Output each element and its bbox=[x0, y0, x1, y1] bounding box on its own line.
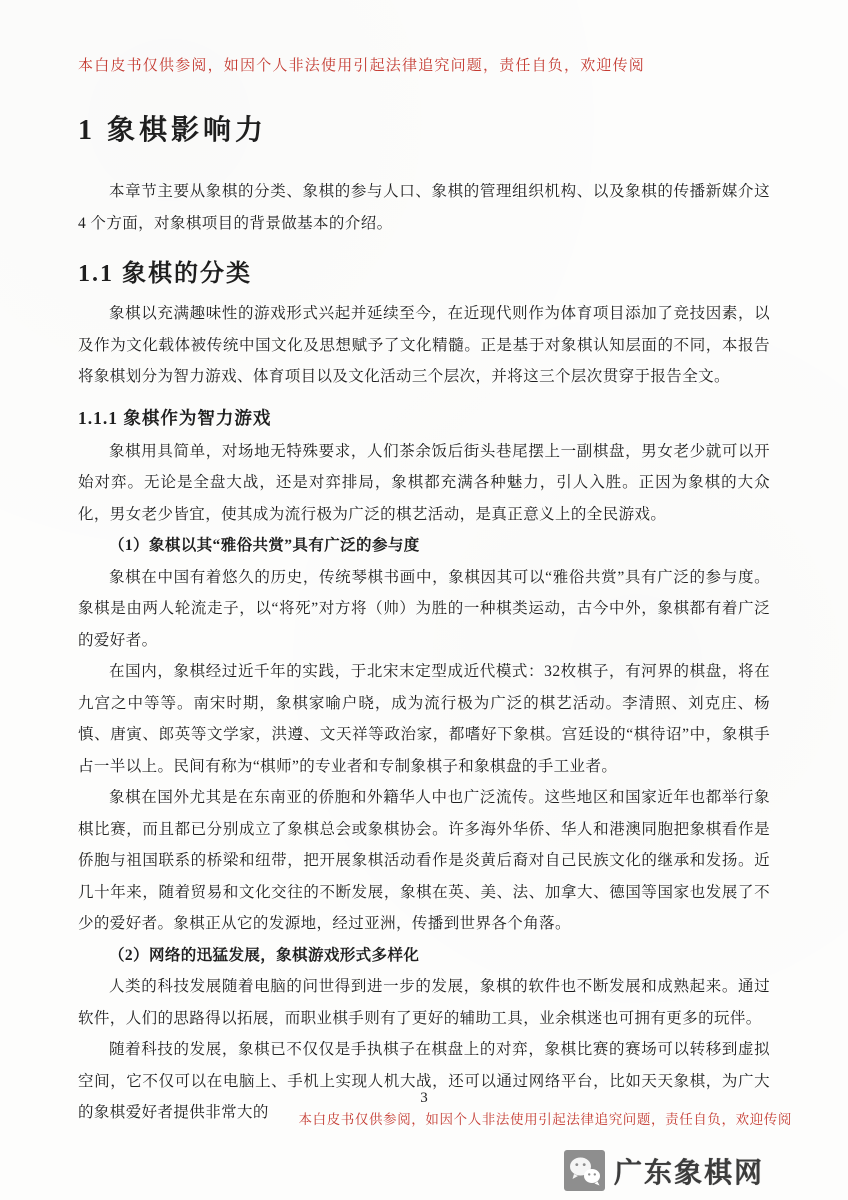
section-intro-paragraph: 象棋以充满趣味性的游戏形式兴起并延续至今，在近现代则作为体育项目添加了竞技因素，… bbox=[78, 298, 770, 393]
wechat-icon bbox=[564, 1150, 605, 1191]
disclaimer-header: 本白皮书仅供参阅，如因个人非法使用引起法律追究问题，责任自负，欢迎传阅 bbox=[78, 56, 770, 76]
point-2-title: （2）网络的迅猛发展，象棋游戏形式多样化 bbox=[78, 940, 770, 972]
site-name: 广东象棋网 bbox=[614, 1151, 764, 1191]
section-title: 1.1 象棋的分类 bbox=[78, 253, 770, 288]
point-1-paragraph-2: 在国内，象棋经过近千年的实践，于北宋末定型成近代模式：32枚棋子，有河界的棋盘，… bbox=[78, 656, 770, 782]
subsection-intro-paragraph: 象棋用具简单，对场地无特殊要求，人们茶余饭后街头巷尾摆上一副棋盘，男女老少就可以… bbox=[78, 436, 770, 531]
site-watermark: 广东象棋网 bbox=[564, 1150, 764, 1191]
point-1-paragraph-3: 象棋在国外尤其是在东南亚的侨胞和外籍华人中也广泛流传。这些地区和国家近年也都举行… bbox=[78, 782, 770, 940]
document-page: 本白皮书仅供参阅，如因个人非法使用引起法律追究问题，责任自负，欢迎传阅 1 象棋… bbox=[0, 0, 848, 1200]
point-1-title: （1）象棋以其“雅俗共赏”具有广泛的参与度 bbox=[78, 530, 770, 562]
disclaimer-footer: 本白皮书仅供参阅，如因个人非法使用引起法律追究问题，责任自负，欢迎传阅 bbox=[299, 1108, 793, 1128]
chapter-intro-paragraph: 本章节主要从象棋的分类、象棋的参与人口、象棋的管理组织机构、以及象棋的传播新媒介… bbox=[78, 176, 770, 239]
point-1-paragraph-1: 象棋在中国有着悠久的历史，传统琴棋书画中，象棋因其可以“雅俗共赏”具有广泛的参与… bbox=[78, 562, 770, 657]
page-content: 本白皮书仅供参阅，如因个人非法使用引起法律追究问题，责任自负，欢迎传阅 1 象棋… bbox=[0, 0, 848, 1129]
page-number: 3 bbox=[0, 1090, 848, 1107]
subsection-title: 1.1.1 象棋作为智力游戏 bbox=[78, 405, 770, 430]
point-2-paragraph-1: 人类的科技发展随着电脑的问世得到进一步的发展，象棋的软件也不断发展和成熟起来。通… bbox=[78, 971, 770, 1034]
chapter-title: 1 象棋影响力 bbox=[78, 108, 770, 148]
